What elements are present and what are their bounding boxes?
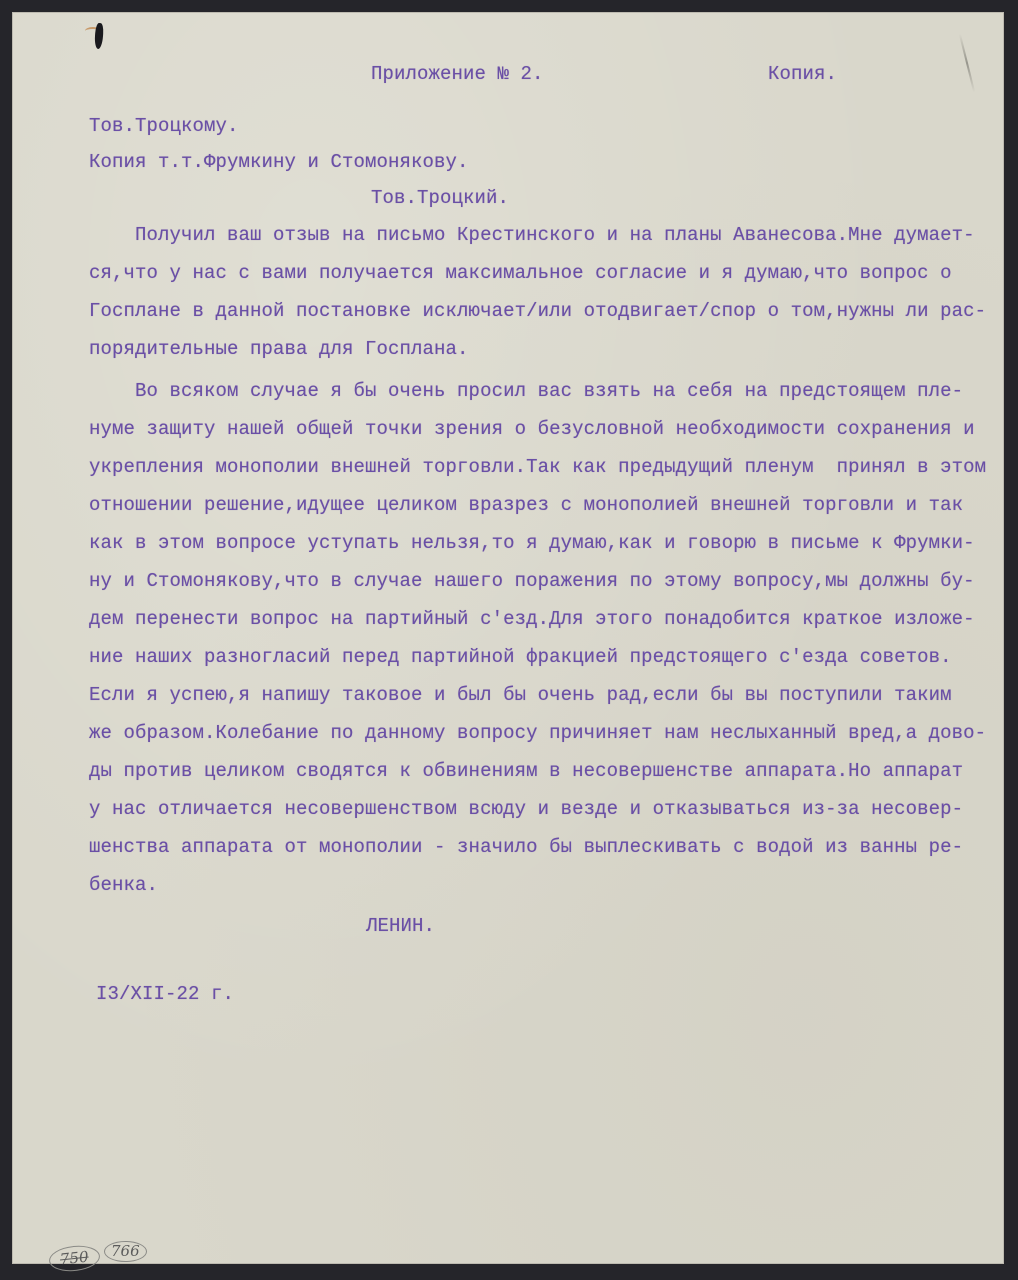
body-line: как в этом вопросе уступать нельзя,то я … xyxy=(89,534,975,553)
salutation: Тов.Троцкий. xyxy=(371,189,509,208)
body-line: Если я успею,я напишу таковое и был бы о… xyxy=(89,686,952,705)
paper-crease xyxy=(959,34,975,93)
body-line: ну и Стомонякову,что в случае нашего пор… xyxy=(89,572,975,591)
body-line: нуме защиту нашей общей точки зрения о б… xyxy=(89,420,975,439)
archive-number-old: 750 xyxy=(48,1243,101,1273)
body-line: дем перенести вопрос на партийный с'езд.… xyxy=(89,610,975,629)
document-date: I3/XII-22 г. xyxy=(96,985,234,1004)
body-line: ся,что у нас с вами получается максималь… xyxy=(89,264,952,283)
appendix-heading: Приложение № 2. xyxy=(371,65,544,84)
body-line: бенка. xyxy=(89,876,158,895)
body-line: Во всяком случае я бы очень просил вас в… xyxy=(89,382,963,401)
body-line: ды против целиком сводятся к обвинениям … xyxy=(89,762,963,781)
addressee-line: Тов.Троцкому. xyxy=(89,117,239,136)
body-line: Получил ваш отзыв на письмо Крестинского… xyxy=(89,226,975,245)
body-line: отношении решение,идущее целиком вразрез… xyxy=(89,496,963,515)
body-line: шенства аппарата от монополии - значило … xyxy=(89,838,963,857)
signature: ЛЕНИН. xyxy=(366,917,435,936)
archive-number-new: 766 xyxy=(104,1241,147,1262)
document-page: Приложение № 2. Копия. Тов.Троцкому. Коп… xyxy=(13,13,1003,1263)
body-line: у нас отличается несовершенством всюду и… xyxy=(89,800,963,819)
body-line: порядительные права для Госплана. xyxy=(89,340,469,359)
copy-to-line: Копия т.т.Фрумкину и Стомонякову. xyxy=(89,153,469,172)
copy-mark: Копия. xyxy=(768,65,837,84)
body-line: ние наших разногласий перед партийной фр… xyxy=(89,648,952,667)
body-line: укрепления монополии внешней торговли.Та… xyxy=(89,458,986,477)
pin-hole-mark xyxy=(94,23,104,49)
body-line: Госплане в данной постановке исключает/и… xyxy=(89,302,986,321)
body-line: же образом.Колебание по данному вопросу … xyxy=(89,724,986,743)
